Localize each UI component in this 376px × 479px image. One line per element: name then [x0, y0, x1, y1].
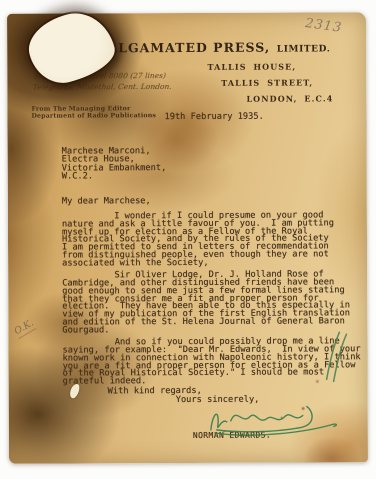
managing-editor-lines: From The Managing Editor Department of R… — [31, 105, 156, 120]
catalog-number-annotation: 2313 — [304, 16, 343, 36]
letter-paper: 2313 THE AMALGAMATED PRESS, LIMITED. Tel… — [7, 12, 368, 464]
recipient-address: Marchese Marconi, Electra House, Victori… — [62, 147, 167, 181]
salutation: My dear Marchese, — [62, 198, 151, 206]
paragraph-1: I wonder if I could presume on your good… — [62, 212, 374, 268]
letterhead-address-line-2: TALLIS STREET, — [221, 77, 313, 87]
letterhead-address-line-3: LONDON, E.C.4 — [246, 93, 333, 103]
signature-norman-edwards — [201, 399, 343, 442]
scan-background: { "annotations": { "catalog_number": "23… — [0, 0, 376, 479]
letter-date: 19th February 1935. — [164, 114, 263, 122]
letterhead-address-line-1: TALLIS HOUSE, — [207, 62, 296, 72]
paragraph-2: Sir Oliver Lodge, Dr. J. Holland Rose of… — [62, 271, 374, 335]
margin-check-marks — [320, 329, 348, 383]
ok-pencil-annotation: O.K. — [13, 317, 37, 338]
telegrams-line: Telegrams: Mistethal, Cent. London. — [32, 81, 193, 93]
company-suffix: LIMITED. — [277, 44, 331, 54]
